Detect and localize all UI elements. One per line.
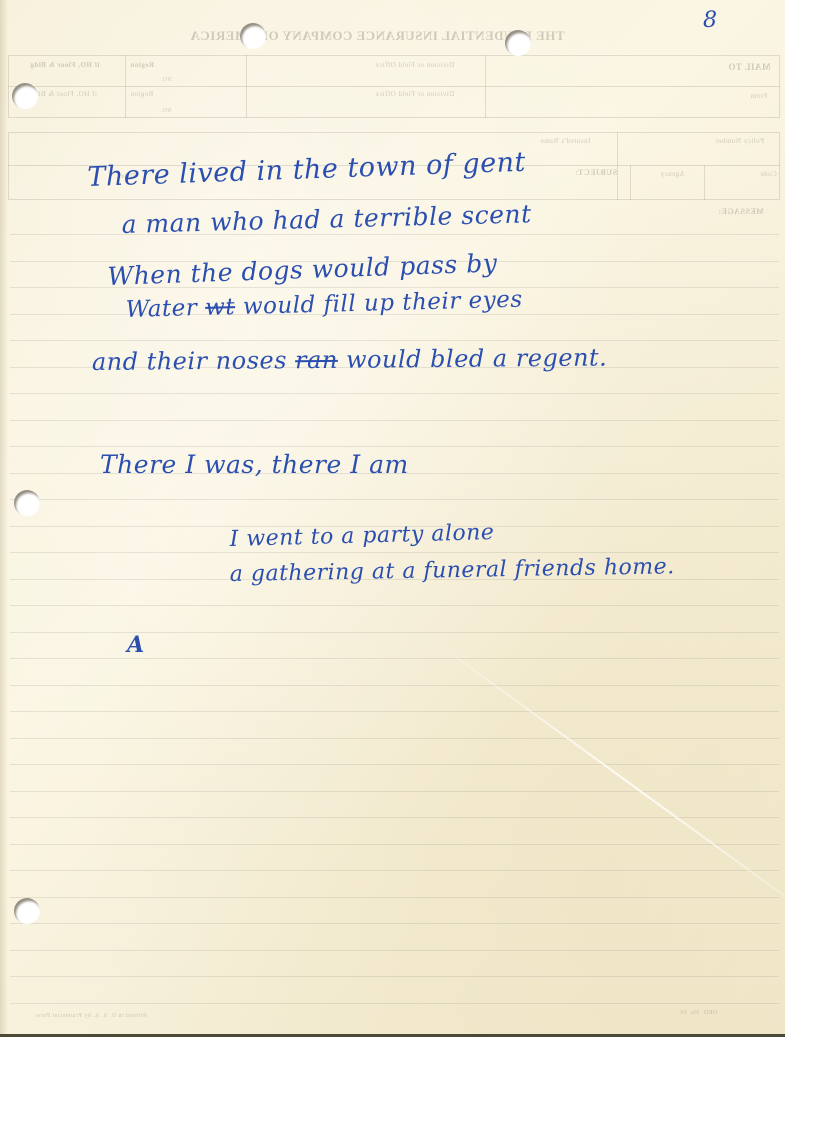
- paper-fold-crease: [419, 630, 785, 937]
- ruled-line: [10, 446, 779, 447]
- poem-word: would bled a regent.: [346, 344, 608, 374]
- mail-to-label: MAIL TO: [728, 62, 770, 72]
- crossed-out-word: wt: [205, 294, 236, 321]
- ruled-line: [10, 950, 779, 951]
- ruled-line: [10, 844, 779, 845]
- ruled-line: [10, 764, 779, 765]
- form-divider: [704, 165, 705, 200]
- ruled-line: [10, 738, 779, 739]
- ruled-line: [10, 393, 779, 394]
- notebook-page: THE PRUDENTIAL INSURANCE COMPANY OF AMER…: [0, 0, 785, 1037]
- punch-hole: [14, 490, 40, 516]
- ruled-line: [10, 499, 779, 500]
- ruled-line: [10, 711, 779, 712]
- from-label: From: [750, 92, 767, 100]
- region-label: Region: [130, 61, 154, 69]
- form-divider: [630, 165, 631, 200]
- ruled-line: [10, 340, 779, 341]
- no-label: NO.: [160, 77, 172, 83]
- ruled-line: [10, 420, 779, 421]
- poem-line: a gathering at a funeral friends home.: [230, 554, 675, 587]
- form-divider: [8, 86, 780, 87]
- poem-word: and their noses: [92, 346, 287, 376]
- policy-number-label: Policy Number: [715, 137, 764, 145]
- footer-order-number: ORD. No. 10: [680, 1010, 718, 1016]
- footer-printer: Printed in U. S. A. by Prudential Press: [35, 1013, 147, 1019]
- poem-line: I went to a party alone: [229, 520, 494, 552]
- poem-line-noses: and their noses ran would bled a regent.: [92, 344, 608, 376]
- poem-line: When the dogs would pass by: [107, 248, 498, 291]
- ruled-line: [10, 870, 779, 871]
- ruled-line: [10, 923, 779, 924]
- division-label: Division or Field Office: [375, 90, 454, 98]
- ruled-line: [10, 791, 779, 792]
- ruled-line: [10, 817, 779, 818]
- punch-hole: [14, 898, 40, 924]
- ruled-line: [10, 658, 779, 659]
- ruled-line: [10, 605, 779, 606]
- crossed-out-word: ran: [295, 346, 338, 374]
- punch-hole: [240, 23, 266, 49]
- ruled-line: [10, 632, 779, 633]
- poem-word: Water: [125, 295, 197, 323]
- poem-line: There I was, there I am: [100, 450, 409, 479]
- division-label: Division or Field Office: [375, 61, 454, 69]
- agency-label: Agency: [660, 170, 685, 178]
- ruled-line: [10, 685, 779, 686]
- ruled-line: [10, 897, 779, 898]
- code-label: Code: [760, 170, 777, 178]
- subject-label: SUBJECT:: [575, 168, 617, 177]
- punch-hole: [12, 83, 38, 109]
- ruled-line: [10, 1003, 779, 1004]
- punch-hole: [505, 30, 531, 56]
- ho-floor-label: if HO, Floor & Bldg: [30, 61, 99, 69]
- form-divider: [125, 55, 126, 118]
- poem-line-fill-eyes: Water wt would fill up their eyes: [125, 287, 523, 323]
- no-label: NO.: [160, 108, 172, 114]
- message-label: MESSAGE:: [718, 207, 764, 216]
- ruled-line: [10, 976, 779, 977]
- form-divider: [617, 132, 618, 200]
- form-divider: [246, 55, 247, 118]
- form-divider: [485, 55, 486, 118]
- page-number: 8: [703, 8, 717, 33]
- insured-name-label: Insured's Name: [540, 137, 590, 145]
- region-label: Region: [130, 90, 153, 98]
- ruled-line: [10, 552, 779, 553]
- stray-scribble: A: [127, 632, 145, 658]
- ho-floor-label: if HO, Floor & Bldg: [30, 90, 97, 98]
